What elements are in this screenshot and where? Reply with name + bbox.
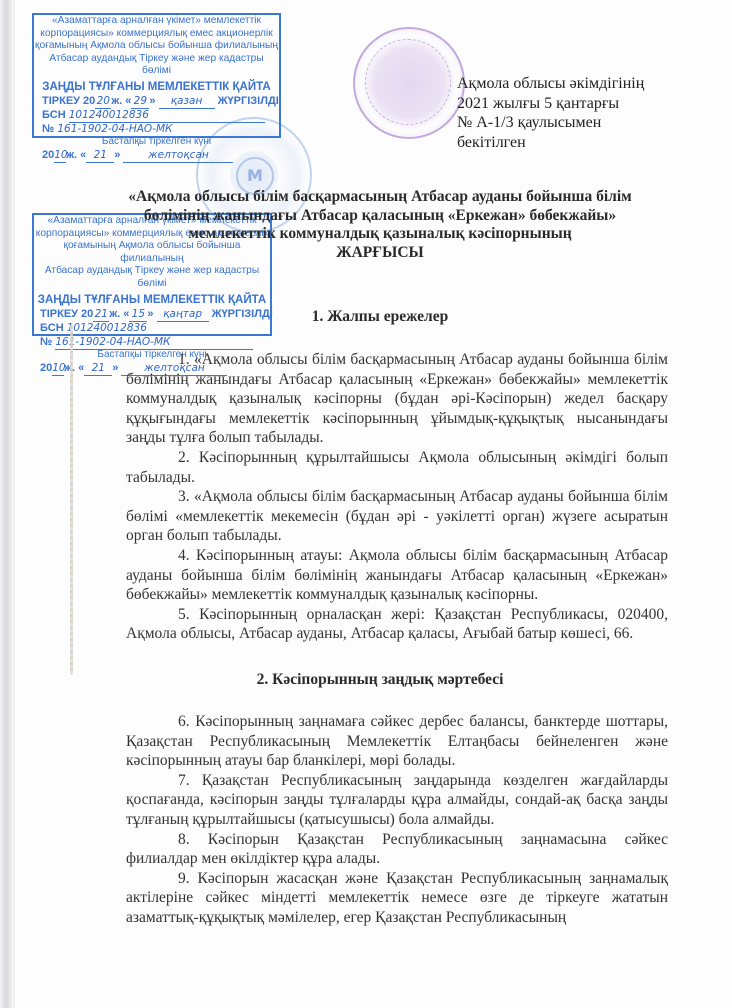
stamp-org-text: «Азаматтарға арналған үкімет» мемлекетті… [34,15,279,78]
binding-thread [70,325,73,675]
stamp-initial-year: 10 [54,148,66,163]
stamp-reg-close: » [149,95,155,107]
title-line: бөлімінің жанындағы Атбасар қаласының «Е… [100,207,660,226]
stamp-bsn-label: БСН [42,109,66,121]
stamp-bsn-value: 101240012836 [69,108,265,123]
stamp-reg-row: ТІРКЕУ 2020ж. «29» қазан ЖҮРГІЗІЛДІ [34,94,279,108]
approval-line: бекітілген [457,133,717,153]
stamp-org-line: қоғамының Ақмола облысы бойынша филиалын… [34,40,279,53]
title-line: «Ақмола облысы білім басқармасының Атбас… [100,188,660,207]
stamp-org-line: корпорациясы» коммерциялық емес акционер… [34,28,279,41]
paragraph: 1. «Ақмола облысы білім басқармасының Ат… [126,350,668,448]
section-body-general-provisions: 1. «Ақмола облысы білім басқармасының Ат… [126,350,668,644]
title-line: мемлекеттік коммуналдық қазыналық кәсіпо… [100,225,660,244]
stamp-reg-mid: ж. « [111,95,131,107]
stamp-initial-close: » [114,149,120,161]
registration-stamp-1: «Азаматтарға арналған үкімет» мемлекетті… [32,13,281,138]
stamp-initial-label: Бастапқы тіркелген күні [34,136,279,148]
section-heading-general-provisions: 1. Жалпы ережелер [100,308,660,326]
paragraph: 7. Қазақстан Республикасының заңдарында … [126,771,668,830]
approval-line: Ақмола облысы әкімдігінің [457,74,717,94]
paragraph: 8. Кәсіпорын Қазақстан Республикасының з… [126,830,668,869]
stamp-initial-row: 2010ж. «21» желтоқсан [34,148,279,162]
section-body-legal-status: 6. Кәсіпорынның заңнамаға сәйкес дербес … [126,712,668,928]
stamp-number-label: № [42,123,54,135]
stamp-reg-year: 20 [95,94,111,109]
stamp-org-line: «Азаматтарға арналған үкімет» мемлекетті… [34,15,279,28]
stamp-initial-mid: ж. « [66,149,86,161]
stamp-reg-suffix: ЖҮРГІЗІЛДІ [218,95,279,107]
stamp-bsn-row: БСН 101240012836 [34,108,279,122]
stamp-org-line: Атбасар аудандық Тіркеу және жер кадастр… [34,265,270,290]
paragraph: 9. Кәсіпорын жасасқан және Қазақстан Рес… [126,869,668,928]
stamp-org-line: Атбасар аудандық Тіркеу және жер кадастр… [34,53,279,78]
stamp-initial-year: 10 [52,361,64,376]
stamp-heading: ЗАҢДЫ ТҰЛҒАНЫ МЕМЛЕКЕТТІК ҚАЙТА [34,293,270,307]
stamp-initial-prefix: 20 [42,149,54,161]
paragraph: 2. Кәсіпорынның құрылтайшысы Ақмола облы… [126,448,668,487]
stamp-initial-month: желтоқсан [123,148,233,163]
stamp-initial-day: 21 [86,148,114,163]
stamp-number-value: 161-1902-04-НАО-МК [57,122,262,137]
document-title: «Ақмола облысы білім басқармасының Атбас… [100,188,660,262]
paragraph: 5. Кәсіпорынның орналасқан жері: Қазақст… [126,605,668,644]
stamp-bsn-label: БСН [40,322,64,334]
stamp-initial-close: » [112,362,118,374]
approval-note: Ақмола облысы әкімдігінің 2021 жылғы 5 қ… [457,74,717,152]
stamp-heading: ЗАҢДЫ ТҰЛҒАНЫ МЕМЛЕКЕТТІК ҚАЙТА [34,80,279,94]
paragraph: 3. «Ақмола облысы білім басқармасының Ат… [126,487,668,546]
seal-ring [365,39,451,125]
page-binding-edge [0,0,14,1008]
stamp-initial-mid: ж. « [64,362,84,374]
paragraph: 4. Кәсіпорынның атауы: Ақмола облысы біл… [126,546,668,605]
stamp-reg-month: қазан [159,94,215,109]
approval-line: № А-1/3 қаулысымен [457,113,717,133]
section-heading-legal-status: 2. Кәсіпорынның заңдық мәртебесі [100,671,660,689]
title-line: ЖАРҒЫСЫ [100,244,660,263]
stamp-number-value: 161-1902-04-НАО-МК [55,335,253,350]
stamp-number-row: № 161-1902-04-НАО-МК [34,122,279,136]
stamp-initial-day: 21 [84,361,112,376]
stamp-reg-prefix: ТІРКЕУ 20 [40,308,93,320]
stamp-initial-prefix: 20 [40,362,52,374]
stamp-reg-prefix: ТІРКЕУ 20 [42,95,95,107]
stamp-reg-day: 29 [131,94,149,109]
round-seal-purple [353,27,465,139]
paragraph: 6. Кәсіпорынның заңнамаға сәйкес дербес … [126,712,668,771]
stamp-number-label: № [40,336,52,348]
page-edge-line [14,0,15,1008]
approval-line: 2021 жылғы 5 қантарғы [457,94,717,114]
